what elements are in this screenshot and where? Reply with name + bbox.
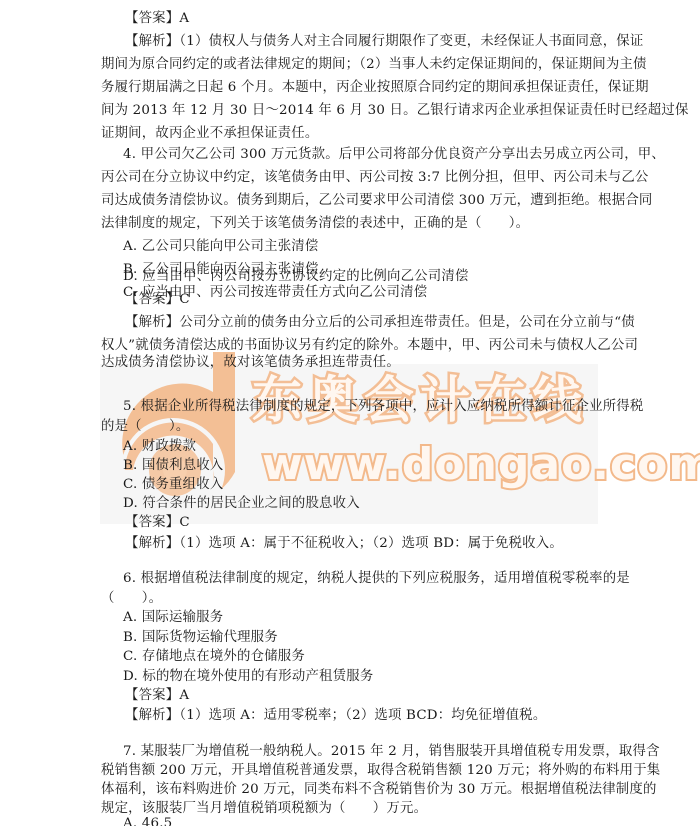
q4-analysis-line: 【解析】公司分立前的债务由分立后的公司承担连带责任。但是，公司在分立前与“债 (125, 314, 645, 331)
q5-option-a: A. 财政拨款 (123, 438, 643, 455)
document-page: 东奥会计在线 东奥会计在线 www.dongao.com www.dongao.… (0, 0, 700, 826)
q6-answer: 【答案】A (125, 687, 645, 704)
q5-option-b: B. 国债利息收入 (123, 457, 643, 474)
q5-option-c: C. 债务重组收入 (123, 476, 643, 493)
q7-stem-line: 7. 某服装厂为增值税一般纳税人。2015 年 2 月，销售服装开具增值税专用发… (123, 743, 643, 760)
q4-stem-line: 丙公司在分立协议中约定，该笔债务由甲、丙公司按 3:7 比例分担，但甲、丙公司未… (101, 169, 621, 186)
q4-stem-line: 4. 甲公司欠乙公司 300 万元货款。后甲公司将部分优良资产分享出去另成立丙公… (123, 146, 643, 163)
q3-answer: 【答案】A (125, 10, 645, 27)
q6-option-d: D. 标的物在境外使用的有形动产租赁服务 (123, 668, 643, 685)
q3-analysis-line: 【解析】（1）债权人与债务人对主合同履行期限作了变更，未经保证人书面同意，保证 (125, 33, 645, 50)
q7-stem-line: 体福利，该布料购进价 20 万元，同类布料不含税销售价为 30 万元。根据增值税… (101, 781, 621, 798)
q6-option-b: B. 国际货物运输代理服务 (123, 629, 643, 646)
q4-stem-line: 法律制度的规定，下列关于该笔债务清偿的表述中，正确的是（ ）。 (101, 215, 621, 232)
q3-analysis-line: 期间为原合同约定的或者法律规定的期间；（2）当事人未约定保证期间的，保证期间为主… (101, 56, 621, 73)
q3-analysis-line: 务履行期届满之日起 6 个月。本题中，丙企业按照原合同约定的期间承担保证责任，保… (101, 79, 621, 96)
q5-stem-line: 的是（ ）。 (101, 418, 621, 435)
q6-option-c: C. 存储地点在境外的仓储服务 (123, 648, 643, 665)
q7-stem-line: 税销售额 200 万元，开具增值税普通发票，取得含税销售额 120 万元；将外购… (101, 762, 621, 779)
q6-option-a: A. 国际运输服务 (123, 609, 643, 626)
q6-analysis: 【解析】（1）选项 A：适用零税率；（2）选项 BCD：均免征增值税。 (125, 707, 645, 724)
q4-option-d: D. 应当由甲、丙公司按分立协议约定的比例向乙公司清偿 (123, 268, 643, 285)
q5-option-d: D. 符合条件的居民企业之间的股息收入 (123, 495, 643, 512)
q4-analysis-line: 达成债务清偿协议，故对该笔债务承担连带责任。 (101, 354, 621, 371)
q5-answer: 【答案】C (125, 514, 645, 531)
q6-stem-line: （ ）。 (101, 590, 621, 607)
q4-stem-line: 司达成债务清偿协议。债务到期后，乙公司要求甲公司清偿 300 万元，遭到拒绝。根… (101, 192, 621, 209)
q5-stem-line: 5. 根据企业所得税法律制度的规定，下列各项中，应计入应纳税所得额计征企业所得税 (123, 398, 643, 415)
question-content: 【答案】A 【解析】（1）债权人与债务人对主合同履行期限作了变更，未经保证人书面… (0, 0, 700, 826)
q4-analysis-line: 权人”就债务清偿达成的书面协议另有约定的除外。本题中，甲、丙公司未与债权人乙公司 (101, 337, 621, 354)
q6-stem-line: 6. 根据增值税法律制度的规定，纳税人提供的下列应税服务，适用增值税零税率的是 (123, 570, 643, 587)
q4-option-a: A. 乙公司只能向甲公司主张清偿 (123, 238, 643, 255)
q3-analysis-line: 间为 2013 年 12 月 30 日～2014 年 6 月 30 日。乙银行请… (101, 102, 621, 119)
q4-answer: 【答案】C (125, 291, 645, 308)
q5-analysis: 【解析】（1）选项 A：属于不征税收入；（2）选项 BD：属于免税收入。 (125, 535, 645, 552)
q3-analysis-line: 证期间，故丙企业不承担保证责任。 (101, 125, 621, 142)
q7-option-a: A. 46.5 (123, 815, 643, 826)
